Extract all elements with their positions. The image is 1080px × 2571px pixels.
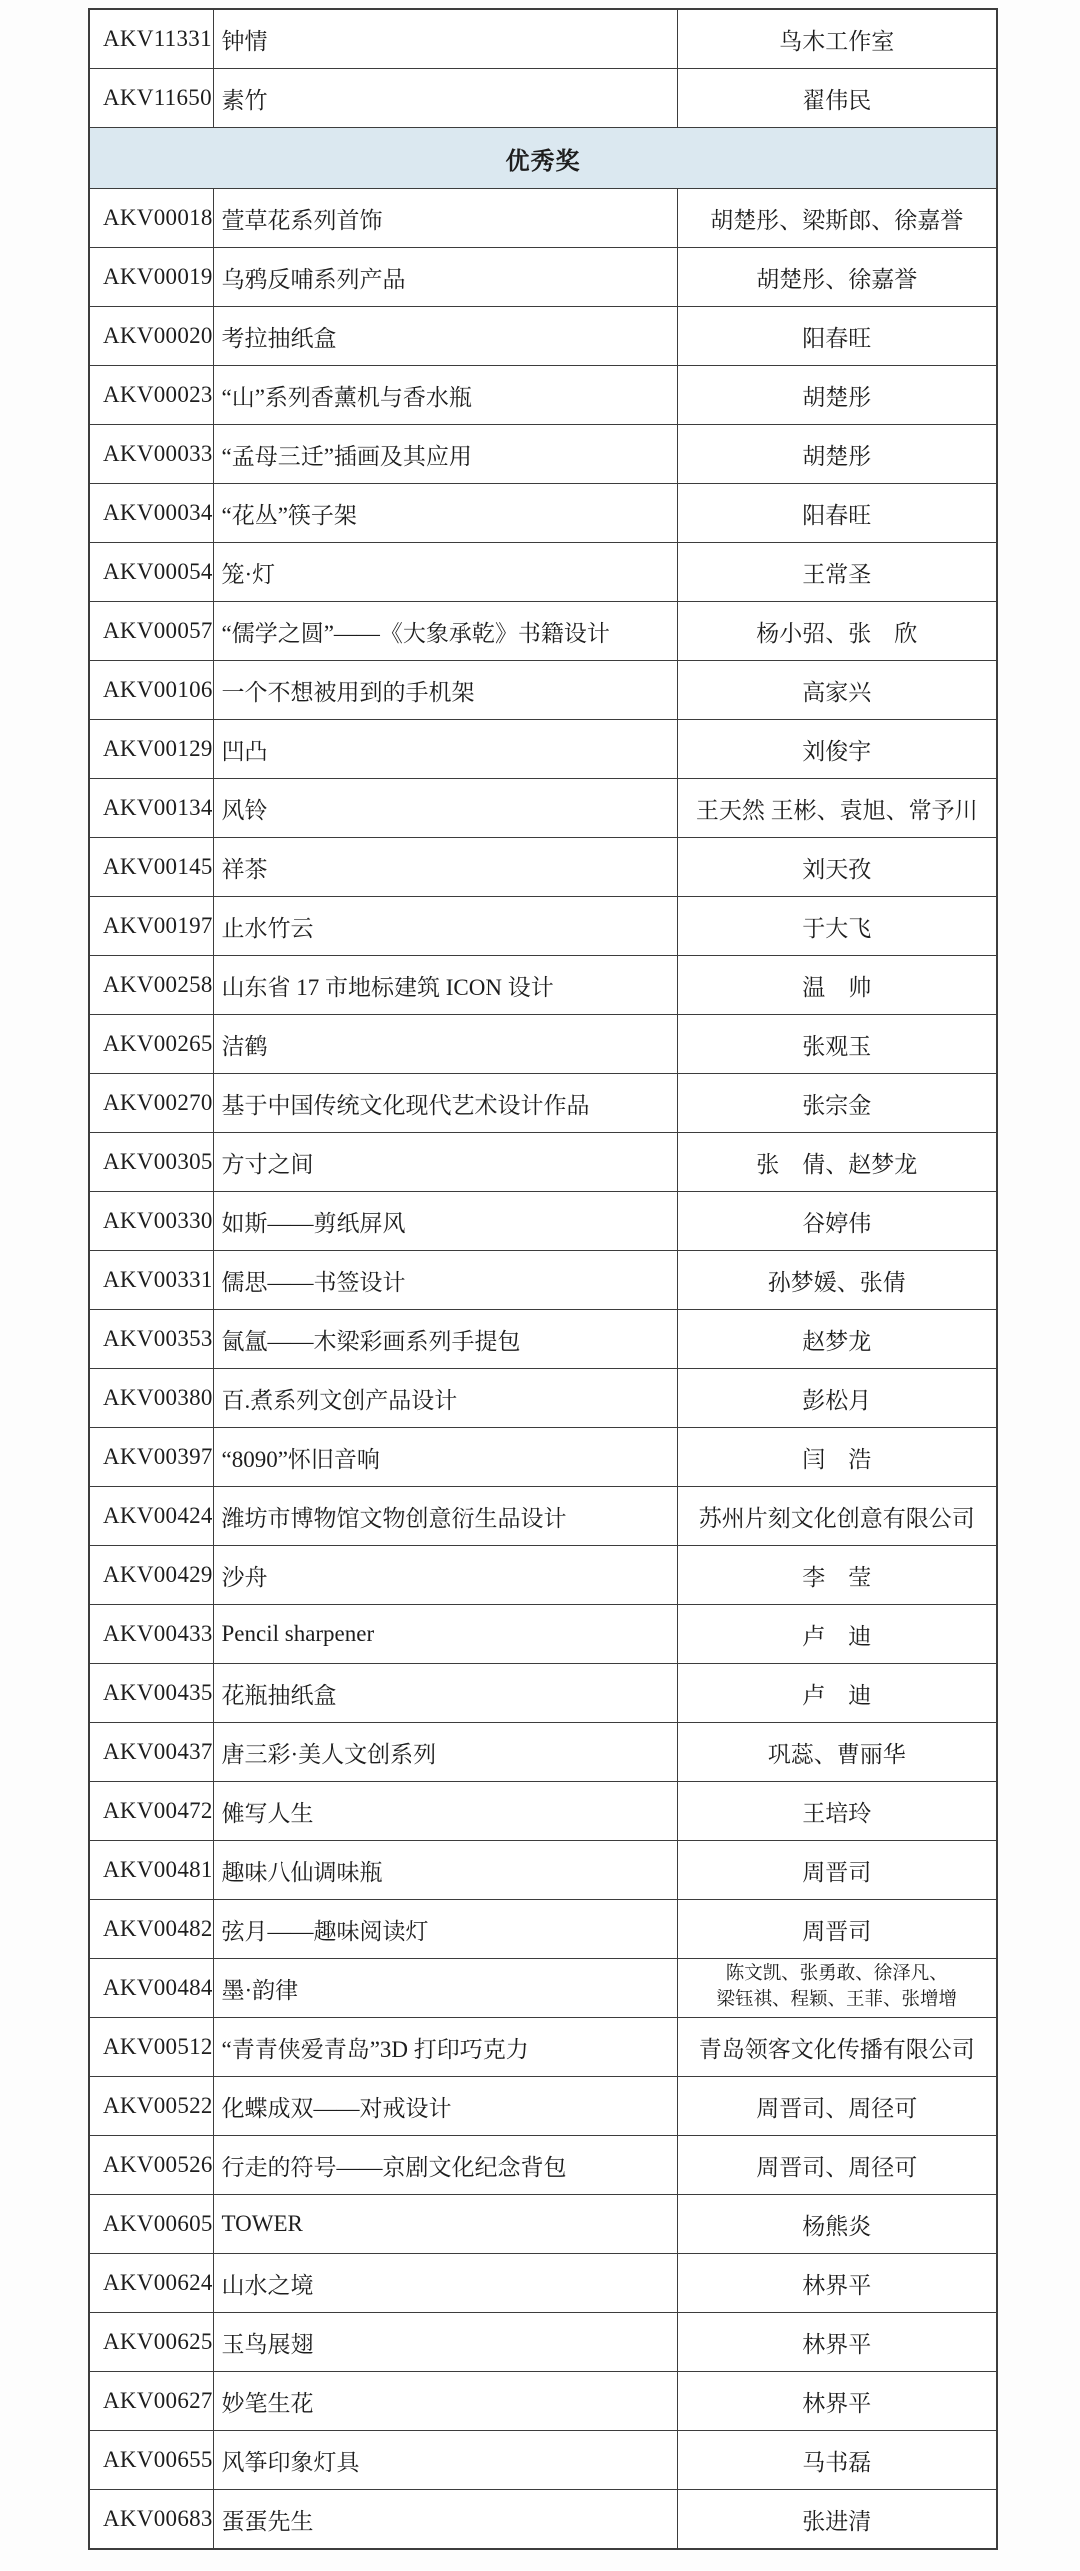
entry-code: AKV11650 bbox=[89, 69, 213, 128]
entry-title: 风筝印象灯具 bbox=[213, 2431, 677, 2490]
table-row: AKV00145祥茶刘天孜 bbox=[89, 838, 997, 897]
author-line: 胡楚彤、徐嘉誉 bbox=[756, 267, 917, 292]
entry-code: AKV00482 bbox=[89, 1900, 213, 1959]
entry-title: 唐三彩·美人文创系列 bbox=[213, 1723, 677, 1782]
table-row: AKV00522化蝶成双——对戒设计周晋司、周径可 bbox=[89, 2077, 997, 2136]
entry-authors: 孙梦媛、张倩 bbox=[677, 1251, 997, 1310]
entry-title: 弦月——趣味阅读灯 bbox=[213, 1900, 677, 1959]
entry-authors: 彭松月 bbox=[677, 1369, 997, 1428]
entry-title: 氤氲——木梁彩画系列手提包 bbox=[213, 1310, 677, 1369]
table-row: AKV00033“孟母三迁”插画及其应用胡楚彤 bbox=[89, 425, 997, 484]
entry-authors: 林界平 bbox=[677, 2372, 997, 2431]
table-row: AKV00437唐三彩·美人文创系列巩蕊、曹丽华 bbox=[89, 1723, 997, 1782]
entry-authors: 周晋司 bbox=[677, 1841, 997, 1900]
entry-title: 方寸之间 bbox=[213, 1133, 677, 1192]
entry-title: 行走的符号——京剧文化纪念背包 bbox=[213, 2136, 677, 2195]
table-row: AKV00353氤氲——木梁彩画系列手提包赵梦龙 bbox=[89, 1310, 997, 1369]
entry-authors: 张 倩、赵梦龙 bbox=[677, 1133, 997, 1192]
table-row: AKV00054笼·灯王常圣 bbox=[89, 543, 997, 602]
table-row: AKV00018萱草花系列首饰胡楚彤、梁斯郎、徐嘉誉 bbox=[89, 189, 997, 248]
entry-title: 考拉抽纸盒 bbox=[213, 307, 677, 366]
table-row: AKV00330如斯——剪纸屏风谷婷伟 bbox=[89, 1192, 997, 1251]
author-line: 卢 迪 bbox=[802, 1683, 871, 1708]
author-line: 胡楚彤 bbox=[802, 385, 871, 410]
entry-authors: 杨小弨、张 欣 bbox=[677, 602, 997, 661]
author-line: 周晋司 bbox=[802, 1919, 871, 1944]
author-line: 卢 迪 bbox=[802, 1624, 871, 1649]
author-line: 梁钰祺、程颖、王菲、张增增 bbox=[716, 1990, 957, 2010]
table-row: AKV00258山东省 17 市地标建筑 ICON 设计温 帅 bbox=[89, 956, 997, 1015]
table-row: AKV00627妙笔生花林界平 bbox=[89, 2372, 997, 2431]
table-row: AKV00424潍坊市博物馆文物创意衍生品设计苏州片刻文化创意有限公司 bbox=[89, 1487, 997, 1546]
entry-code: AKV00397 bbox=[89, 1428, 213, 1487]
author-line: 青岛领客文化传播有限公司 bbox=[699, 2037, 975, 2062]
entry-authors: 刘俊宇 bbox=[677, 720, 997, 779]
entry-title: 洁鹤 bbox=[213, 1015, 677, 1074]
entry-title: 风铃 bbox=[213, 779, 677, 838]
author-line: 胡楚彤 bbox=[802, 444, 871, 469]
table-row: AKV00512“青青侠爱青岛”3D 打印巧克力青岛领客文化传播有限公司 bbox=[89, 2018, 997, 2077]
entry-authors: 翟伟民 bbox=[677, 69, 997, 128]
entry-title: 祥茶 bbox=[213, 838, 677, 897]
entry-authors: 谷婷伟 bbox=[677, 1192, 997, 1251]
entry-title: 山水之境 bbox=[213, 2254, 677, 2313]
entry-authors: 刘天孜 bbox=[677, 838, 997, 897]
entry-authors: 于大飞 bbox=[677, 897, 997, 956]
entry-title: 蛋蛋先生 bbox=[213, 2490, 677, 2550]
author-line: 刘俊宇 bbox=[802, 739, 871, 764]
entry-code: AKV00484 bbox=[89, 1959, 213, 2018]
entry-title: 妙笔生花 bbox=[213, 2372, 677, 2431]
entry-code: AKV00353 bbox=[89, 1310, 213, 1369]
entry-code: AKV00305 bbox=[89, 1133, 213, 1192]
author-line: 赵梦龙 bbox=[802, 1329, 871, 1354]
entry-authors: 张进清 bbox=[677, 2490, 997, 2550]
entry-code: AKV00145 bbox=[89, 838, 213, 897]
table-row: AKV00106一个不想被用到的手机架高家兴 bbox=[89, 661, 997, 720]
table-row: AKV00129凹凸刘俊宇 bbox=[89, 720, 997, 779]
author-line: 陈文凯、张勇敢、徐泽凡、 bbox=[726, 1964, 948, 1984]
entry-code: AKV00424 bbox=[89, 1487, 213, 1546]
author-line: 谷婷伟 bbox=[802, 1211, 871, 1236]
entry-title: 素竹 bbox=[213, 69, 677, 128]
author-line: 刘天孜 bbox=[802, 857, 871, 882]
entry-title: 花瓶抽纸盒 bbox=[213, 1664, 677, 1723]
author-line: 周晋司、周径可 bbox=[756, 2096, 917, 2121]
section-header-label: 优秀奖 bbox=[89, 128, 997, 189]
entry-authors: 鸟木工作室 bbox=[677, 9, 997, 69]
entry-authors: 阳春旺 bbox=[677, 484, 997, 543]
entry-code: AKV00605 bbox=[89, 2195, 213, 2254]
entry-authors: 闫 浩 bbox=[677, 1428, 997, 1487]
entry-code: AKV00522 bbox=[89, 2077, 213, 2136]
entry-code: AKV00106 bbox=[89, 661, 213, 720]
entry-authors: 张观玉 bbox=[677, 1015, 997, 1074]
entry-authors: 胡楚彤、梁斯郎、徐嘉誉 bbox=[677, 189, 997, 248]
author-line: 张宗金 bbox=[802, 1093, 871, 1118]
author-line: 张观玉 bbox=[802, 1034, 871, 1059]
author-line: 张 倩、赵梦龙 bbox=[756, 1152, 917, 1177]
entry-authors: 张宗金 bbox=[677, 1074, 997, 1133]
document-page: AKV11331钟情鸟木工作室AKV11650素竹翟伟民优秀奖AKV00018萱… bbox=[0, 0, 1080, 2571]
entry-title: “8090”怀旧音响 bbox=[213, 1428, 677, 1487]
entry-authors: 胡楚彤 bbox=[677, 425, 997, 484]
table-row: AKV00429沙舟李 莹 bbox=[89, 1546, 997, 1605]
author-line: 王天然 王彬、袁旭、常予川 bbox=[696, 798, 978, 823]
table-row: AKV00482弦月——趣味阅读灯周晋司 bbox=[89, 1900, 997, 1959]
author-line: 林界平 bbox=[802, 2391, 871, 2416]
entry-authors: 卢 迪 bbox=[677, 1664, 997, 1723]
entry-authors: 周晋司 bbox=[677, 1900, 997, 1959]
entry-title: 山东省 17 市地标建筑 ICON 设计 bbox=[213, 956, 677, 1015]
table-row: AKV00397“8090”怀旧音响闫 浩 bbox=[89, 1428, 997, 1487]
author-line: 翟伟民 bbox=[802, 88, 871, 113]
table-row: AKV00197止水竹云于大飞 bbox=[89, 897, 997, 956]
entry-authors: 阳春旺 bbox=[677, 307, 997, 366]
author-line: 温 帅 bbox=[802, 975, 871, 1000]
entry-code: AKV00018 bbox=[89, 189, 213, 248]
entry-code: AKV00481 bbox=[89, 1841, 213, 1900]
author-line: 高家兴 bbox=[802, 680, 871, 705]
entry-title: 如斯——剪纸屏风 bbox=[213, 1192, 677, 1251]
entry-code: AKV00020 bbox=[89, 307, 213, 366]
author-line: 彭松月 bbox=[802, 1388, 871, 1413]
entry-authors: 苏州片刻文化创意有限公司 bbox=[677, 1487, 997, 1546]
entry-authors: 周晋司、周径可 bbox=[677, 2136, 997, 2195]
entry-code: AKV00270 bbox=[89, 1074, 213, 1133]
author-line: 周晋司 bbox=[802, 1860, 871, 1885]
author-line: 王常圣 bbox=[802, 562, 871, 587]
table-row: AKV00526行走的符号——京剧文化纪念背包周晋司、周径可 bbox=[89, 2136, 997, 2195]
entry-title: 儒思——书签设计 bbox=[213, 1251, 677, 1310]
table-row: AKV00019乌鸦反哺系列产品胡楚彤、徐嘉誉 bbox=[89, 248, 997, 307]
author-line: 王培玲 bbox=[802, 1801, 871, 1826]
table-row: AKV00481趣味八仙调味瓶周晋司 bbox=[89, 1841, 997, 1900]
entry-code: AKV00331 bbox=[89, 1251, 213, 1310]
entry-title: 萱草花系列首饰 bbox=[213, 189, 677, 248]
table-row: AKV00683蛋蛋先生张进清 bbox=[89, 2490, 997, 2550]
author-line: 周晋司、周径可 bbox=[756, 2155, 917, 2180]
awards-table-body: AKV11331钟情鸟木工作室AKV11650素竹翟伟民优秀奖AKV00018萱… bbox=[89, 9, 997, 2549]
entry-title: 傩写人生 bbox=[213, 1782, 677, 1841]
entry-authors: 赵梦龙 bbox=[677, 1310, 997, 1369]
entry-authors: 高家兴 bbox=[677, 661, 997, 720]
entry-code: AKV00435 bbox=[89, 1664, 213, 1723]
author-line: 张进清 bbox=[802, 2509, 871, 2534]
author-line: 于大飞 bbox=[802, 916, 871, 941]
entry-code: AKV00057 bbox=[89, 602, 213, 661]
entry-code: AKV00033 bbox=[89, 425, 213, 484]
entry-title: 乌鸦反哺系列产品 bbox=[213, 248, 677, 307]
entry-title: “孟母三迁”插画及其应用 bbox=[213, 425, 677, 484]
entry-title: Pencil sharpener bbox=[213, 1605, 677, 1664]
entry-title: “儒学之圆”——《大象承乾》书籍设计 bbox=[213, 602, 677, 661]
author-line: 鸟木工作室 bbox=[779, 29, 894, 54]
entry-title: 一个不想被用到的手机架 bbox=[213, 661, 677, 720]
table-row: AKV00433Pencil sharpener卢 迪 bbox=[89, 1605, 997, 1664]
entry-authors: 巩蕊、曹丽华 bbox=[677, 1723, 997, 1782]
table-row: AKV00034“花丛”筷子架阳春旺 bbox=[89, 484, 997, 543]
entry-code: AKV00433 bbox=[89, 1605, 213, 1664]
author-line: 孙梦媛、张倩 bbox=[768, 1270, 906, 1295]
entry-code: AKV00380 bbox=[89, 1369, 213, 1428]
author-line: 杨小弨、张 欣 bbox=[756, 621, 917, 646]
entry-authors: 王培玲 bbox=[677, 1782, 997, 1841]
entry-code: AKV00023 bbox=[89, 366, 213, 425]
table-row: AKV00380百.煮系列文创产品设计彭松月 bbox=[89, 1369, 997, 1428]
entry-code: AKV00512 bbox=[89, 2018, 213, 2077]
entry-code: AKV00197 bbox=[89, 897, 213, 956]
entry-authors: 温 帅 bbox=[677, 956, 997, 1015]
table-row: AKV00624山水之境林界平 bbox=[89, 2254, 997, 2313]
entry-code: AKV00625 bbox=[89, 2313, 213, 2372]
entry-code: AKV00258 bbox=[89, 956, 213, 1015]
entry-code: AKV00683 bbox=[89, 2490, 213, 2550]
table-row: AKV00625玉鸟展翅林界平 bbox=[89, 2313, 997, 2372]
entry-code: AKV00054 bbox=[89, 543, 213, 602]
entry-title: 沙舟 bbox=[213, 1546, 677, 1605]
author-line: 阳春旺 bbox=[802, 326, 871, 351]
entry-authors: 卢 迪 bbox=[677, 1605, 997, 1664]
entry-authors: 林界平 bbox=[677, 2254, 997, 2313]
author-line: 李 莹 bbox=[802, 1565, 871, 1590]
awards-table: AKV11331钟情鸟木工作室AKV11650素竹翟伟民优秀奖AKV00018萱… bbox=[88, 8, 998, 2550]
author-line: 闫 浩 bbox=[802, 1447, 871, 1472]
table-row: AKV00435花瓶抽纸盒卢 迪 bbox=[89, 1664, 997, 1723]
table-row: AKV00020考拉抽纸盒阳春旺 bbox=[89, 307, 997, 366]
entry-code: AKV00129 bbox=[89, 720, 213, 779]
table-row: AKV00023“山”系列香薰机与香水瓶胡楚彤 bbox=[89, 366, 997, 425]
entry-authors: 李 莹 bbox=[677, 1546, 997, 1605]
entry-title: 化蝶成双——对戒设计 bbox=[213, 2077, 677, 2136]
table-row: AKV00134风铃王天然 王彬、袁旭、常予川 bbox=[89, 779, 997, 838]
table-row: AKV11331钟情鸟木工作室 bbox=[89, 9, 997, 69]
table-row: AKV00265洁鹤张观玉 bbox=[89, 1015, 997, 1074]
entry-code: AKV00655 bbox=[89, 2431, 213, 2490]
entry-authors: 青岛领客文化传播有限公司 bbox=[677, 2018, 997, 2077]
entry-code: AKV00134 bbox=[89, 779, 213, 838]
table-row: AKV00305方寸之间张 倩、赵梦龙 bbox=[89, 1133, 997, 1192]
entry-authors: 周晋司、周径可 bbox=[677, 2077, 997, 2136]
entry-code: AKV00437 bbox=[89, 1723, 213, 1782]
entry-code: AKV00330 bbox=[89, 1192, 213, 1251]
table-row: AKV00484墨·韵律陈文凯、张勇敢、徐泽凡、梁钰祺、程颖、王菲、张增增 bbox=[89, 1959, 997, 2018]
entry-authors: 杨熊炎 bbox=[677, 2195, 997, 2254]
author-line: 林界平 bbox=[802, 2332, 871, 2357]
author-line: 杨熊炎 bbox=[802, 2214, 871, 2239]
entry-authors: 陈文凯、张勇敢、徐泽凡、梁钰祺、程颖、王菲、张增增 bbox=[677, 1959, 997, 2018]
table-row: AKV11650素竹翟伟民 bbox=[89, 69, 997, 128]
author-line: 胡楚彤、梁斯郎、徐嘉誉 bbox=[710, 208, 963, 233]
table-row: AKV00057“儒学之圆”——《大象承乾》书籍设计杨小弨、张 欣 bbox=[89, 602, 997, 661]
table-row: AKV00605TOWER杨熊炎 bbox=[89, 2195, 997, 2254]
entry-authors: 马书磊 bbox=[677, 2431, 997, 2490]
author-line: 马书磊 bbox=[802, 2450, 871, 2475]
entry-code: AKV00429 bbox=[89, 1546, 213, 1605]
author-line: 阳春旺 bbox=[802, 503, 871, 528]
entry-title: 钟情 bbox=[213, 9, 677, 69]
entry-code: AKV00019 bbox=[89, 248, 213, 307]
entry-title: 百.煮系列文创产品设计 bbox=[213, 1369, 677, 1428]
entry-title: “花丛”筷子架 bbox=[213, 484, 677, 543]
author-line: 苏州片刻文化创意有限公司 bbox=[699, 1506, 975, 1531]
entry-title: 玉鸟展翅 bbox=[213, 2313, 677, 2372]
table-row: AKV00331儒思——书签设计孙梦媛、张倩 bbox=[89, 1251, 997, 1310]
entry-title: 笼·灯 bbox=[213, 543, 677, 602]
entry-title: 潍坊市博物馆文物创意衍生品设计 bbox=[213, 1487, 677, 1546]
author-line: 巩蕊、曹丽华 bbox=[768, 1742, 906, 1767]
entry-title: “青青侠爱青岛”3D 打印巧克力 bbox=[213, 2018, 677, 2077]
table-row: AKV00270基于中国传统文化现代艺术设计作品张宗金 bbox=[89, 1074, 997, 1133]
author-line: 林界平 bbox=[802, 2273, 871, 2298]
entry-code: AKV00034 bbox=[89, 484, 213, 543]
entry-code: AKV00627 bbox=[89, 2372, 213, 2431]
entry-authors: 胡楚彤 bbox=[677, 366, 997, 425]
entry-code: AKV00624 bbox=[89, 2254, 213, 2313]
table-row: AKV00655风筝印象灯具马书磊 bbox=[89, 2431, 997, 2490]
entry-authors: 胡楚彤、徐嘉誉 bbox=[677, 248, 997, 307]
entry-title: 墨·韵律 bbox=[213, 1959, 677, 2018]
entry-title: 止水竹云 bbox=[213, 897, 677, 956]
entry-title: TOWER bbox=[213, 2195, 677, 2254]
entry-title: 基于中国传统文化现代艺术设计作品 bbox=[213, 1074, 677, 1133]
entry-title: 凹凸 bbox=[213, 720, 677, 779]
section-header-row: 优秀奖 bbox=[89, 128, 997, 189]
table-row: AKV00472傩写人生王培玲 bbox=[89, 1782, 997, 1841]
entry-title: “山”系列香薰机与香水瓶 bbox=[213, 366, 677, 425]
entry-code: AKV00526 bbox=[89, 2136, 213, 2195]
entry-title: 趣味八仙调味瓶 bbox=[213, 1841, 677, 1900]
entry-code: AKV00472 bbox=[89, 1782, 213, 1841]
entry-authors: 王天然 王彬、袁旭、常予川 bbox=[677, 779, 997, 838]
entry-authors: 王常圣 bbox=[677, 543, 997, 602]
entry-code: AKV00265 bbox=[89, 1015, 213, 1074]
entry-authors: 林界平 bbox=[677, 2313, 997, 2372]
entry-code: AKV11331 bbox=[89, 9, 213, 69]
